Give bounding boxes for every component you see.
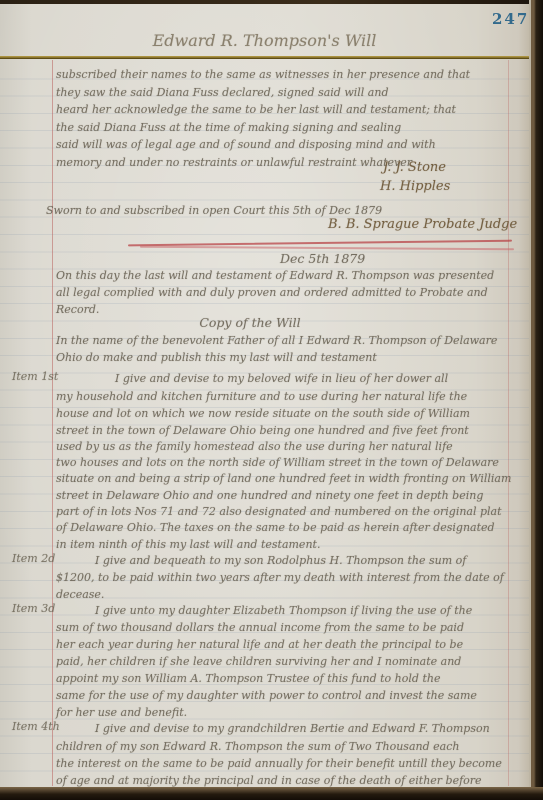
- item3-line-7: for her use and benefit.: [56, 706, 187, 720]
- item3-line-1: I give unto my daughter Elizabeth Thomps…: [95, 604, 472, 618]
- item3-line-3: her each year during her natural life an…: [56, 638, 463, 652]
- witness-signature-1: J. J. Stone: [383, 161, 446, 175]
- probate-judge-signature: B. B. Sprague Probate Judge: [328, 218, 517, 232]
- order-line-3: Record.: [56, 303, 99, 317]
- book-top-edge: [0, 0, 543, 4]
- item1-margin-label: Item 1st: [12, 370, 58, 384]
- order-line-2: all legal complied with and duly proven …: [56, 286, 488, 300]
- attestation-line-3: heard her acknowledge the same to be her…: [56, 103, 456, 117]
- item4-line-3: the interest on the same to be paid annu…: [56, 757, 502, 771]
- item1-line-2: my household and kitchen furniture and t…: [56, 390, 467, 404]
- item2-margin-label: Item 2d: [12, 552, 55, 566]
- item3-line-4: paid, her children if she leave children…: [56, 655, 461, 669]
- preamble-line-2: Ohio do make and publish this my last wi…: [56, 351, 377, 365]
- witness-signature-2: H. Hipples: [380, 180, 450, 194]
- book-bottom-edge: [0, 787, 543, 800]
- copy-of-will-heading: Copy of the Will: [150, 316, 350, 330]
- ledger-page: 247 Edward R. Thompson's Will subscribed…: [0, 4, 529, 788]
- item2-line-1: I give and bequeath to my son Rodolphus …: [95, 554, 466, 568]
- item3-line-6: same for the use of my daughter with pow…: [56, 689, 477, 703]
- ledger-book: 247 Edward R. Thompson's Will subscribed…: [0, 0, 543, 800]
- attestation-line-1: subscribed their names to the same as wi…: [56, 68, 470, 82]
- item4-line-4: of age and at majority the principal and…: [56, 774, 482, 788]
- handwriting-layer: subscribed their names to the same as wi…: [0, 4, 529, 788]
- item3-line-2: sum of two thousand dollars the annual i…: [56, 621, 464, 635]
- item1-line-3: house and lot on which we now reside sit…: [56, 407, 470, 421]
- item1-line-9: part of in lots Nos 71 and 72 also desig…: [56, 505, 502, 519]
- item1-line-7: situate on and being a strip of land one…: [56, 472, 511, 486]
- item3-line-5: appoint my son William A. Thompson Trust…: [56, 672, 440, 686]
- item4-line-1: I give and devise to my grandchildren Be…: [95, 722, 490, 736]
- book-binding-edge: [529, 0, 543, 800]
- sworn-statement: Sworn to and subscribed in open Court th…: [46, 204, 382, 218]
- item4-margin-label: Item 4th: [12, 720, 60, 734]
- item3-margin-label: Item 3d: [12, 602, 55, 616]
- item2-line-3: decease.: [56, 588, 104, 602]
- item2-line-2: $1200, to be paid within two years after…: [56, 571, 504, 585]
- item1-line-4: street in the town of Delaware Ohio bein…: [56, 424, 469, 438]
- item1-line-1: I give and devise to my beloved wife in …: [115, 372, 448, 386]
- attestation-line-6: memory and under no restraints or unlawf…: [56, 156, 412, 170]
- preamble-line-1: In the name of the benevolent Father of …: [56, 334, 497, 348]
- item1-line-6: two houses and lots on the north side of…: [56, 456, 499, 470]
- item1-line-5: used by us as the family homestead also …: [56, 440, 453, 454]
- item1-line-10: of Delaware Ohio. The taxes on the same …: [56, 521, 495, 535]
- attestation-line-5: said will was of legal age and of sound …: [56, 138, 436, 152]
- order-line-1: On this day the last will and testament …: [56, 269, 494, 283]
- attestation-line-2: they saw the said Diana Fuss declared, s…: [56, 86, 389, 100]
- probate-date: Dec 5th 1879: [280, 252, 365, 266]
- item1-line-8: street in Delaware Ohio and one hundred …: [56, 489, 483, 503]
- item1-line-11: in item ninth of this my last will and t…: [56, 538, 320, 552]
- item4-line-2: children of my son Edward R. Thompson th…: [56, 740, 459, 754]
- attestation-line-4: the said Diana Fuss at the time of makin…: [56, 121, 401, 135]
